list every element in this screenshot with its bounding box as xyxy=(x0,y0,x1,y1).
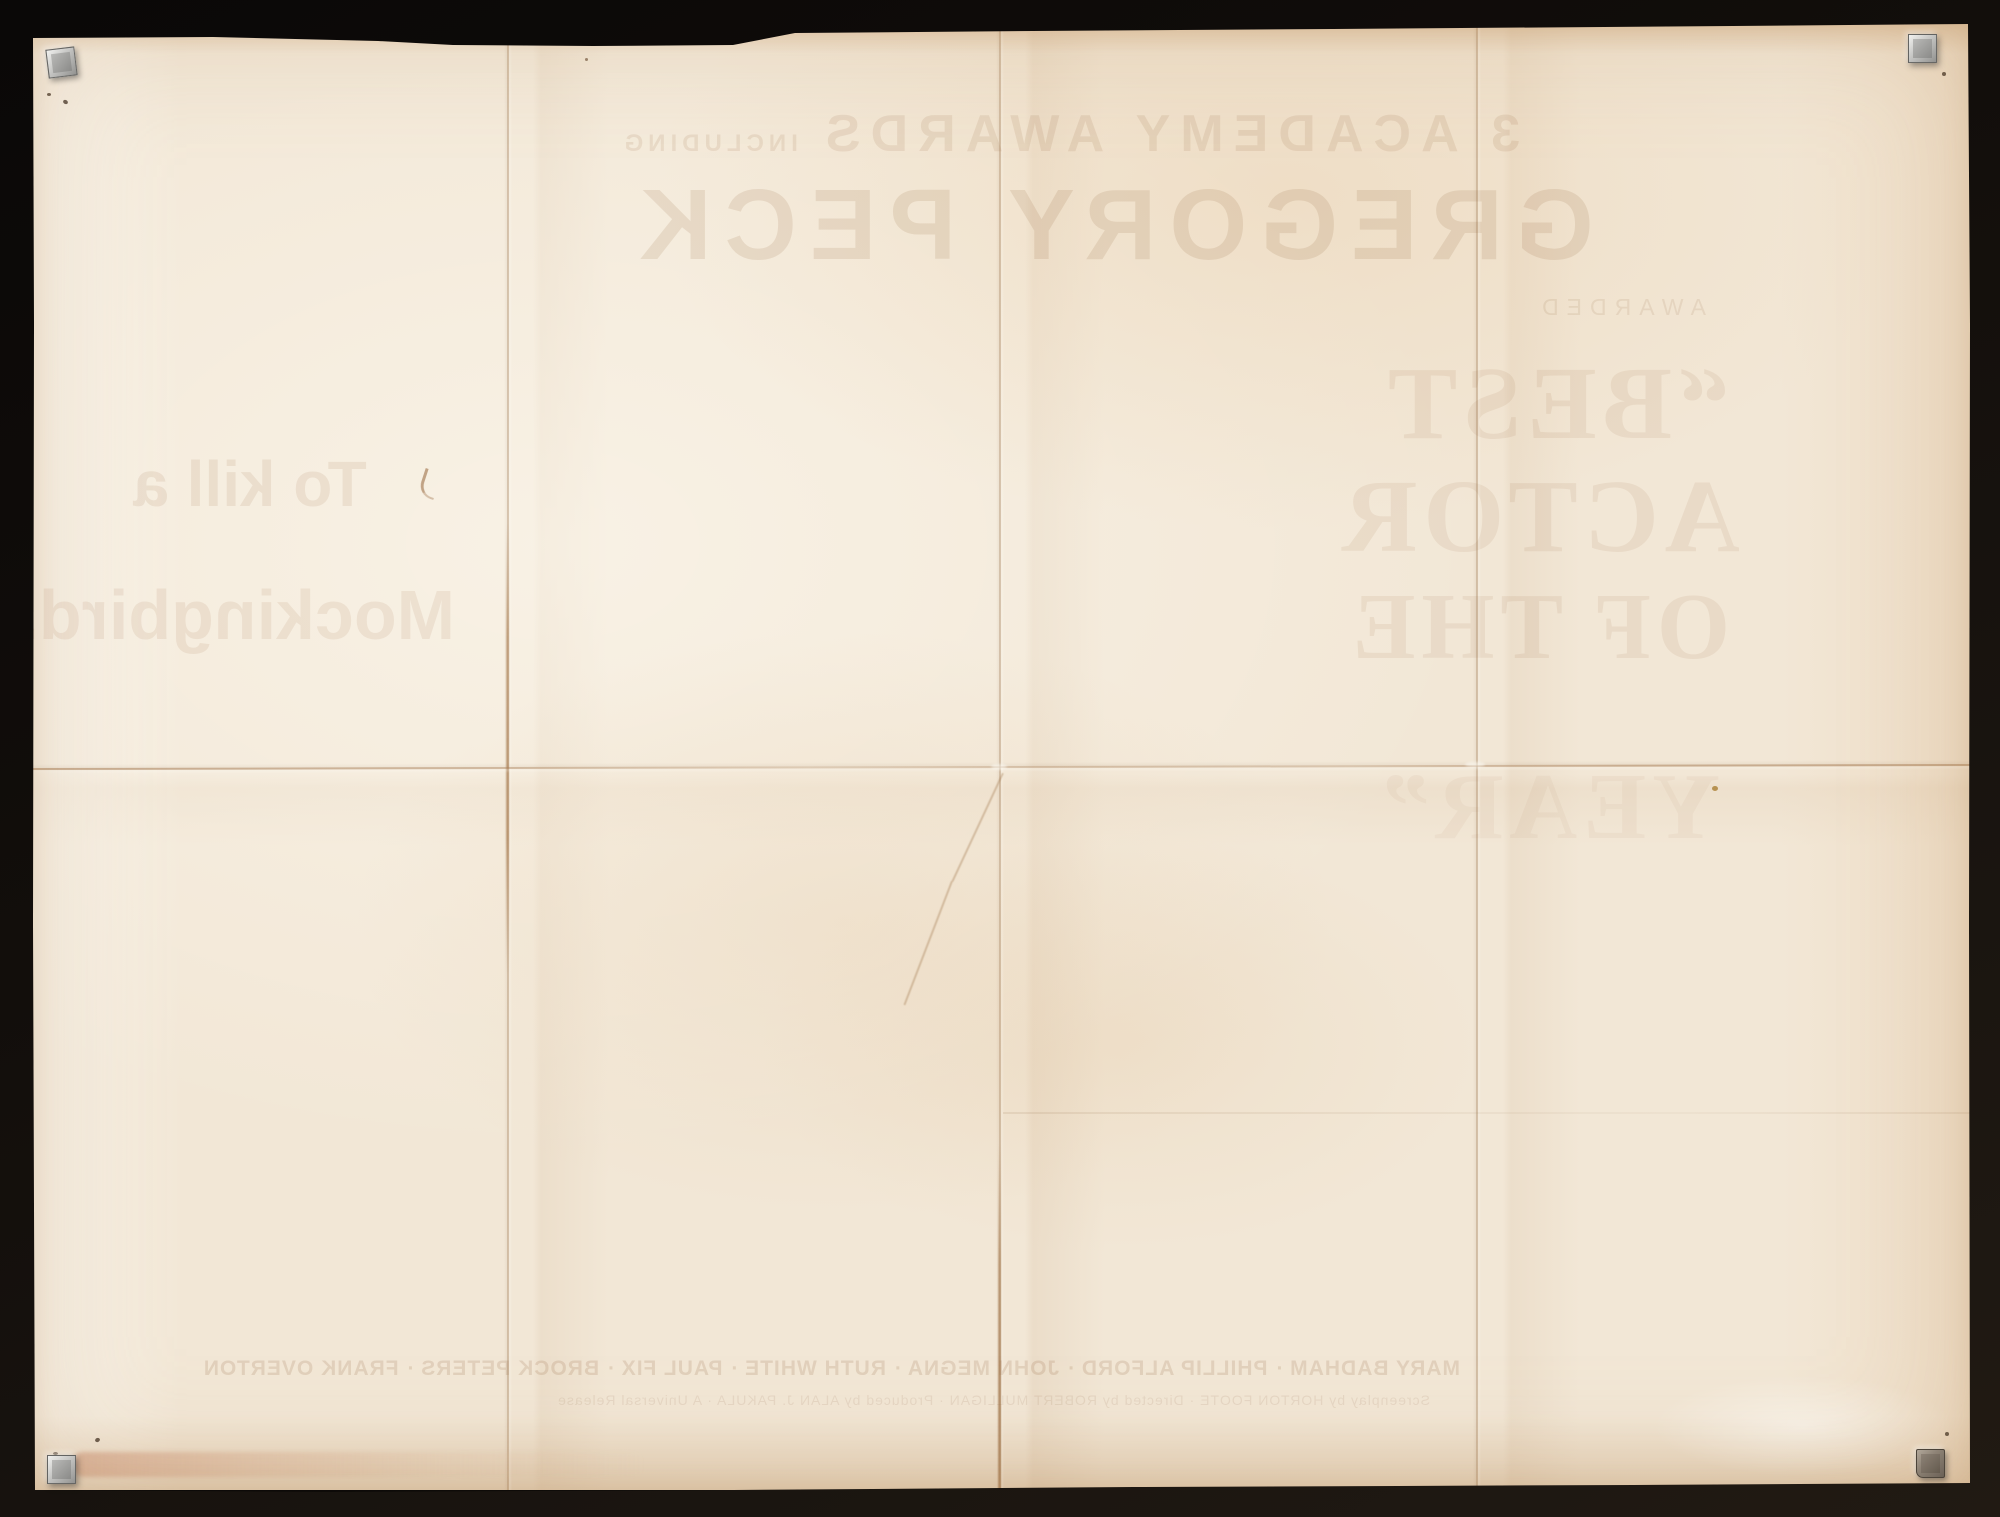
fold-crack-right xyxy=(1465,762,1485,767)
fold-crack-center xyxy=(991,764,1007,769)
ink-speck xyxy=(1712,786,1718,791)
crease-diagonal-upper xyxy=(951,773,1004,883)
ink-speck xyxy=(47,93,51,96)
fold-stain-vertical-left xyxy=(506,524,509,974)
mounting-pin-top-left xyxy=(45,46,77,78)
bleed-award-line-actor: ACTOR xyxy=(1380,465,1740,569)
ink-speck xyxy=(1945,1432,1949,1436)
ink-speck xyxy=(1942,72,1946,76)
bleed-awards-sub-text: INCLUDING xyxy=(620,130,798,157)
bleed-awards-headline-text: 3 ACADEMY AWARDS xyxy=(816,105,1520,163)
bleed-credits-line-2: Screenplay by HORTON FOOTE · Directed by… xyxy=(570,1393,1430,1407)
bleed-awarded-label: AWARDED xyxy=(1500,296,1740,319)
fold-stain-vertical-center xyxy=(998,1144,1001,1490)
photo-backdrop: 3 ACADEMY AWARDSINCLUDING GREGORY PECK A… xyxy=(0,0,2000,1517)
worn-patch-bottom-right xyxy=(1653,1376,1953,1476)
ink-speck xyxy=(585,58,588,61)
bleed-title-line-1: To kill a xyxy=(120,452,380,516)
fold-line-vertical-left xyxy=(504,24,512,1490)
fold-line-horizontal-lower xyxy=(1003,1112,1970,1114)
crease-diagonal-lower xyxy=(903,881,953,1006)
bleed-credits-line-1: MARY BADHAM · PHILLIP ALFORD · JOHN MEGN… xyxy=(540,1358,1460,1379)
ink-squiggle-mark xyxy=(417,468,442,500)
bleed-awards-headline: 3 ACADEMY AWARDSINCLUDING xyxy=(620,108,1520,160)
mounting-pin-top-right xyxy=(1908,34,1937,63)
bleed-award-line-best: “BEST xyxy=(1390,352,1730,456)
bleed-title-line-2: Mockingbird. xyxy=(45,580,455,650)
ink-speck xyxy=(62,99,68,105)
bleed-star-name: GREGORY PECK xyxy=(580,175,1640,275)
bleed-award-line-of-the: OF THE xyxy=(1400,580,1730,674)
mounting-pin-bottom-left xyxy=(47,1455,76,1484)
mounting-pin-bottom-right xyxy=(1916,1449,1945,1478)
stain-streak-bottom-left xyxy=(71,1452,646,1477)
poster-paper-back: 3 ACADEMY AWARDSINCLUDING GREGORY PECK A… xyxy=(33,24,1970,1490)
ink-speck xyxy=(94,1437,100,1443)
bleed-award-line-year: YEAR” xyxy=(1410,760,1720,854)
